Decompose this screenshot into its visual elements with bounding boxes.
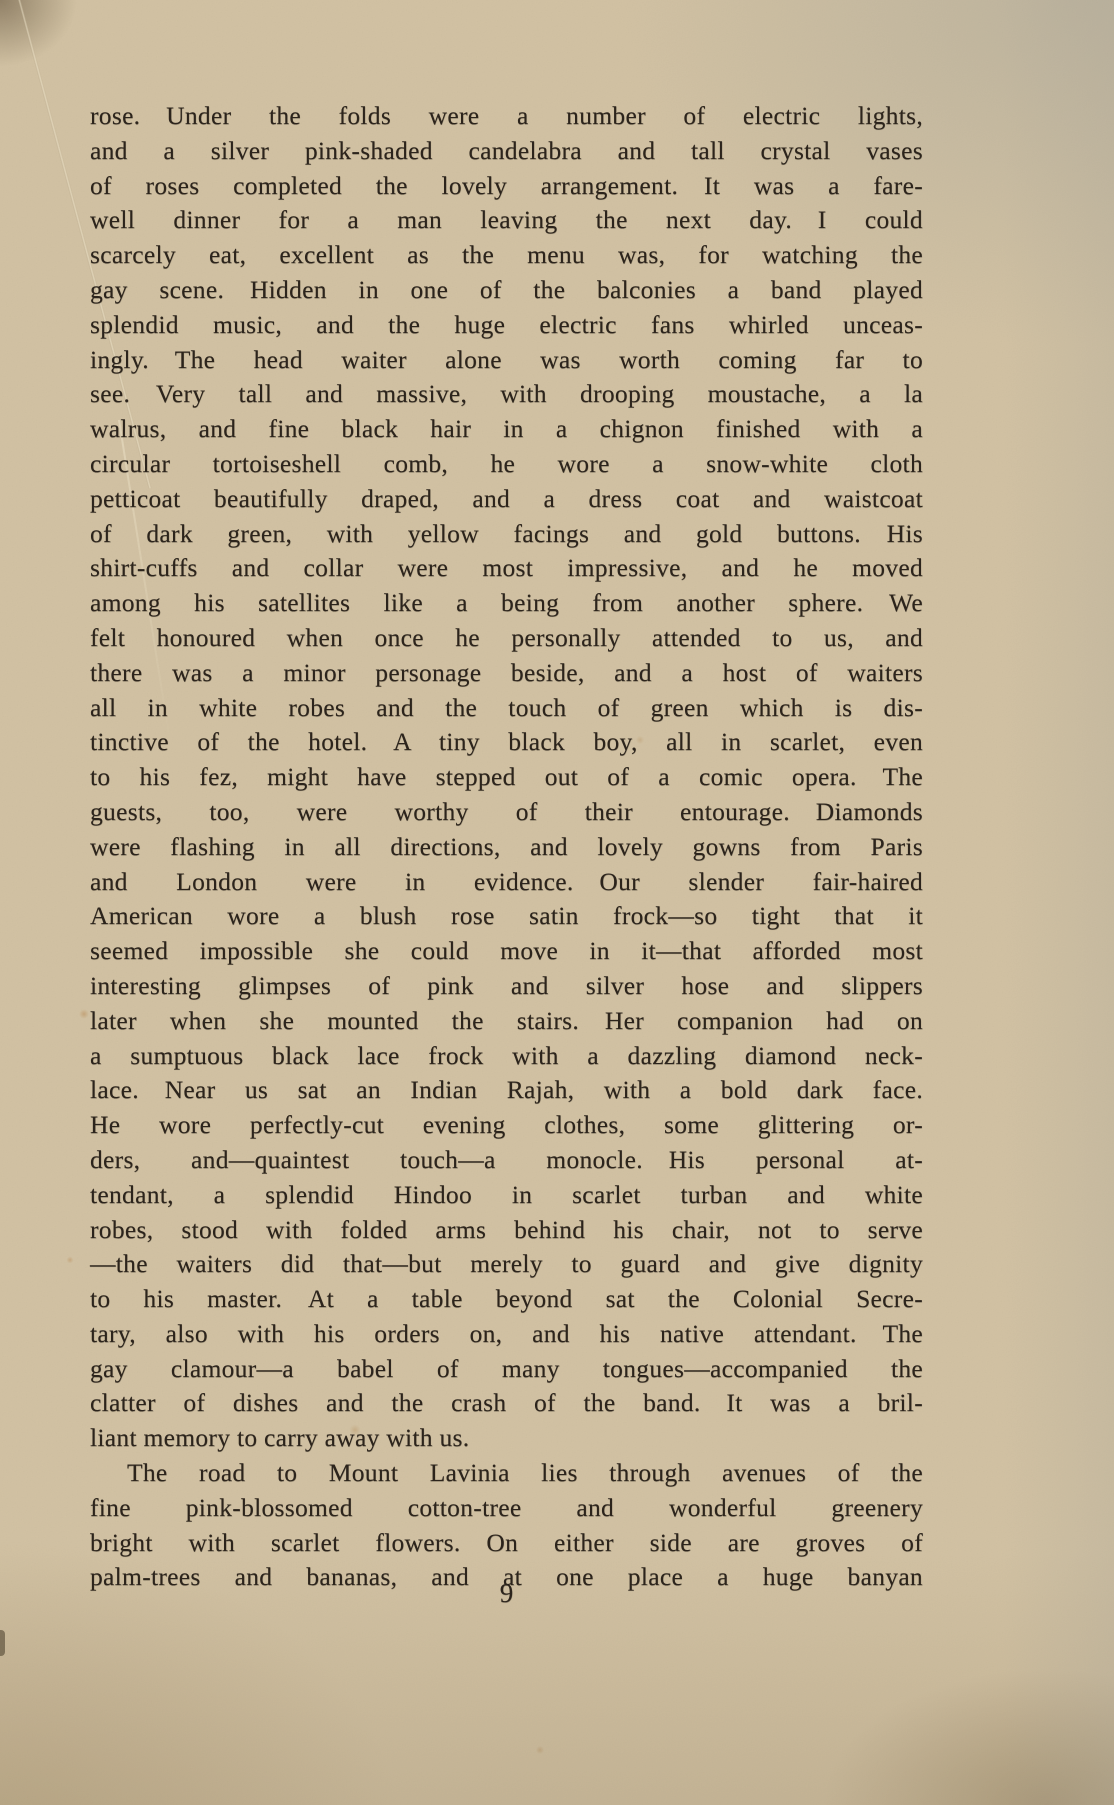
text-line: American wore a blush rose satin frock—s… <box>90 899 923 934</box>
text-line: tendant, a splendid Hindoo in scarlet tu… <box>90 1178 923 1213</box>
text-line: circular tortoiseshell comb, he wore a s… <box>90 447 923 482</box>
text-line: and a silver pink-shaded candelabra and … <box>90 134 923 169</box>
text-line: see. Very tall and massive, with droopin… <box>90 377 923 412</box>
text-line: robes, stood with folded arms behind his… <box>90 1213 923 1248</box>
text-line: The road to Mount Lavinia lies through a… <box>90 1456 923 1491</box>
text-line: all in white robes and the touch of gree… <box>90 691 923 726</box>
text-line: of roses completed the lovely arrangemen… <box>90 169 923 204</box>
text-line: clatter of dishes and the crash of the b… <box>90 1386 923 1421</box>
paragraph-1: rose. Under the folds were a number of e… <box>90 99 923 1456</box>
book-page: rose. Under the folds were a number of e… <box>0 0 1114 1805</box>
text-line: guests, too, were worthy of their entour… <box>90 795 923 830</box>
text-line: seemed impossible she could move in it—t… <box>90 934 923 969</box>
text-line: shirt-cuffs and collar were most impress… <box>90 551 923 586</box>
text-line: lace. Near us sat an Indian Rajah, with … <box>90 1073 923 1108</box>
text-line: among his satellites like a being from a… <box>90 586 923 621</box>
text-line: splendid music, and the huge electric fa… <box>90 308 923 343</box>
text-line: gay scene. Hidden in one of the balconie… <box>90 273 923 308</box>
page-text: rose. Under the folds were a number of e… <box>90 99 923 1595</box>
text-line: rose. Under the folds were a number of e… <box>90 99 923 134</box>
text-line: bright with scarlet flowers. On either s… <box>90 1526 923 1561</box>
text-line: and London were in evidence. Our slender… <box>90 865 923 900</box>
text-line: tinctive of the hotel. A tiny black boy,… <box>90 725 923 760</box>
text-line: there was a minor personage beside, and … <box>90 656 923 691</box>
text-line: walrus, and fine black hair in a chignon… <box>90 412 923 447</box>
text-line: felt honoured when once he personally at… <box>90 621 923 656</box>
text-line: interesting glimpses of pink and silver … <box>90 969 923 1004</box>
text-line: —the waiters did that—but merely to guar… <box>90 1247 923 1282</box>
paragraph-2: The road to Mount Lavinia lies through a… <box>90 1456 923 1595</box>
page-number: 9 <box>90 1578 923 1609</box>
text-line: petticoat beautifully draped, and a dres… <box>90 482 923 517</box>
text-line: liant memory to carry away with us. <box>90 1421 923 1456</box>
text-line: tary, also with his orders on, and his n… <box>90 1317 923 1352</box>
text-line: well dinner for a man leaving the next d… <box>90 203 923 238</box>
page-edge-mark <box>0 1630 5 1656</box>
text-line: of dark green, with yellow facings and g… <box>90 517 923 552</box>
text-line: to his master. At a table beyond sat the… <box>90 1282 923 1317</box>
text-line: were flashing in all directions, and lov… <box>90 830 923 865</box>
text-line: a sumptuous black lace frock with a dazz… <box>90 1039 923 1074</box>
text-line: scarcely eat, excellent as the menu was,… <box>90 238 923 273</box>
text-line: ders, and—quaintest touch—a monocle. His… <box>90 1143 923 1178</box>
text-line: to his fez, might have stepped out of a … <box>90 760 923 795</box>
text-line: gay clamour—a babel of many tongues—acco… <box>90 1352 923 1387</box>
text-line: fine pink-blossomed cotton-tree and wond… <box>90 1491 923 1526</box>
text-line: He wore perfectly-cut evening clothes, s… <box>90 1108 923 1143</box>
text-line: ingly. The head waiter alone was worth c… <box>90 343 923 378</box>
text-line: later when she mounted the stairs. Her c… <box>90 1004 923 1039</box>
